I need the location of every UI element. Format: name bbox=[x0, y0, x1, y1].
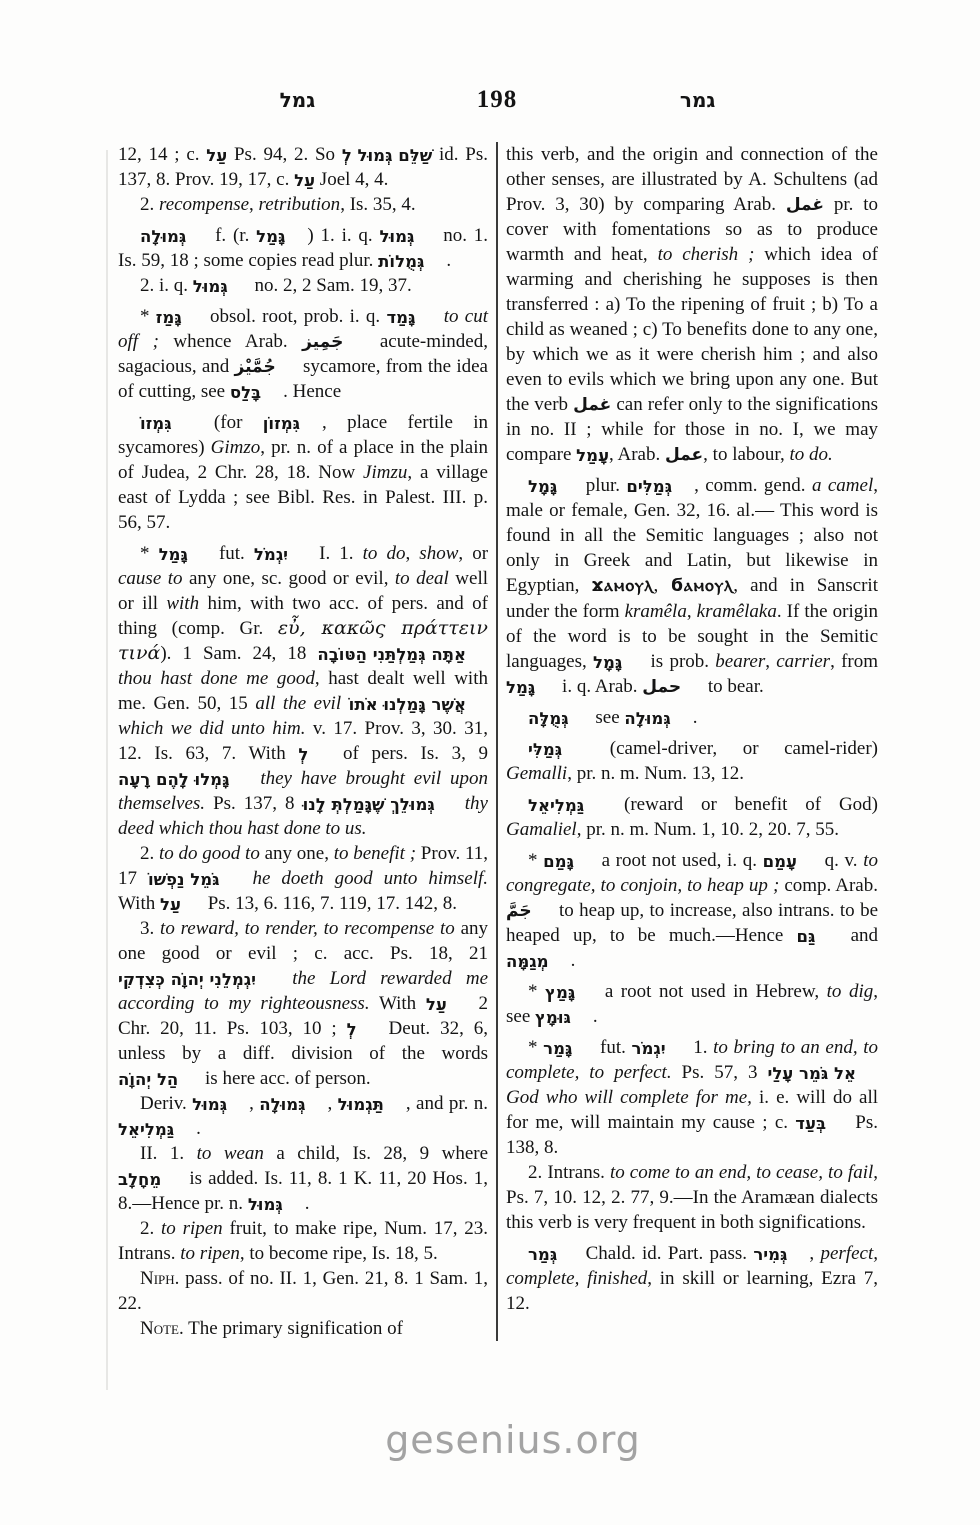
arabic-text: جُمَّيْز bbox=[235, 359, 298, 376]
hebrew-text: יִגְמֹר bbox=[632, 1041, 688, 1058]
hebrew-text: גִּמְזוֹן bbox=[263, 416, 322, 433]
text-segment bbox=[252, 768, 261, 789]
text-segment: * bbox=[140, 543, 159, 564]
italic-text: to benefit ; bbox=[334, 843, 416, 864]
text-segment: . bbox=[305, 1193, 310, 1214]
paragraph: 2. to do good to any one, to benefit ; P… bbox=[118, 841, 488, 916]
paragraph: גְּמַלִּי (camel-driver, or camel-rider)… bbox=[506, 736, 878, 786]
watermark: gesenius.org bbox=[118, 1418, 908, 1462]
hebrew-text: מֵחָלָב bbox=[118, 1172, 183, 1189]
italic-text: retribution bbox=[259, 194, 341, 215]
text-segment: (for bbox=[194, 412, 263, 433]
hebrew-text: גְּמִיר bbox=[753, 1247, 809, 1264]
italic-text: to dig bbox=[827, 981, 874, 1002]
text-segment: . bbox=[571, 950, 576, 971]
text-segment: Deriv. bbox=[140, 1093, 192, 1114]
paragraph: גִּמְזוֹ (for גִּמְזוֹן, place fertile i… bbox=[118, 410, 488, 535]
italic-text: kramêlaka bbox=[697, 601, 777, 622]
text-segment: Ps. 13, 6. 116, 7. 119, 17. 142, 8. bbox=[203, 893, 457, 914]
text-segment bbox=[278, 968, 292, 989]
paragraph: * גָּמַם a root not used, i. q. עָמַם q.… bbox=[506, 848, 878, 973]
italic-text: carrier bbox=[776, 651, 830, 672]
italic-text: kramêla bbox=[625, 601, 687, 622]
hebrew-text: אֲשֶׁר גָּמַלְנוּ אֹתוֹ bbox=[349, 697, 488, 714]
hebrew-text: תַּגְמוּל bbox=[338, 1097, 406, 1114]
italic-text: to wean bbox=[197, 1143, 264, 1164]
paragraph: this verb, and the origin and connection… bbox=[506, 142, 878, 467]
left-column: 12, 14 ; c. עַל Ps. 94, 2. So שַׁלֵּם גְ… bbox=[118, 142, 496, 1341]
text-segment: see bbox=[591, 707, 625, 728]
hebrew-text: לְ bbox=[347, 1022, 379, 1039]
text-segment: whence Arab. bbox=[159, 331, 302, 352]
hebrew-text: גָּמָל bbox=[593, 655, 644, 672]
arabic-text: غمل bbox=[573, 397, 611, 414]
text-segment: (reward or benefit of God) bbox=[606, 794, 878, 815]
hebrew-text: גְּמוּל bbox=[192, 1097, 249, 1114]
hebrew-text: אֵל גֹּמֵר עָלַי bbox=[767, 1066, 878, 1083]
hebrew-text: גַּם bbox=[797, 929, 838, 946]
hebrew-text: גְּמוּל bbox=[379, 229, 436, 246]
text-segment: * bbox=[140, 306, 156, 327]
text-segment: * bbox=[528, 1037, 543, 1058]
hebrew-text: גָּמָל bbox=[528, 479, 579, 496]
hebrew-text: גְּמוּלֵךְ שֶׁגָּמַלְתְּ לָנוּ bbox=[303, 797, 457, 814]
text-segment: i. q. Arab. bbox=[557, 676, 642, 697]
text-segment: . bbox=[693, 707, 698, 728]
text-segment: , Arab. bbox=[609, 444, 665, 465]
italic-text: to ripen bbox=[161, 1218, 223, 1239]
text-segment: fut. bbox=[210, 543, 254, 564]
text-segment: any one, sc. good or evil, bbox=[183, 568, 395, 589]
hebrew-text: גָּמַד bbox=[386, 310, 437, 327]
hebrew-text: הַל יְהוָֹה bbox=[118, 1072, 200, 1089]
text-segment: 3. bbox=[140, 918, 160, 939]
paragraph: גְּמַר Chald. id. Part. pass. גְּמִיר, p… bbox=[506, 1241, 878, 1316]
arabic-text: جَمِيز bbox=[302, 334, 365, 351]
italic-text: to cherish ; bbox=[658, 244, 755, 265]
text-segment: 2. bbox=[140, 1218, 161, 1239]
text-segment: , bbox=[249, 194, 259, 215]
hebrew-text: שַׁלֵּם גְּמוּל לְ bbox=[342, 148, 432, 165]
hebrew-text: בְּעַד bbox=[795, 1116, 848, 1133]
hebrew-text: עַל bbox=[294, 173, 315, 190]
text-segment: . bbox=[196, 1118, 201, 1139]
paragraph: Niph. pass. of no. II. 1, Gen. 21, 8. 1 … bbox=[118, 1266, 488, 1316]
text-segment: , to labour, bbox=[703, 444, 789, 465]
italic-text: a camel bbox=[812, 475, 873, 496]
text-segment: 1. bbox=[688, 1037, 714, 1058]
arabic-text: جَمَّ bbox=[506, 903, 554, 920]
italic-text: to reward, to render, to recompense to bbox=[160, 918, 455, 939]
page-gutter-shadow bbox=[106, 150, 108, 1390]
text-segment: , from bbox=[830, 651, 878, 672]
text-segment: no. 2, 2 Sam. 19, 37. bbox=[250, 275, 412, 296]
italic-text: to deal bbox=[395, 568, 449, 589]
arabic-text: حمل bbox=[642, 679, 703, 696]
text-segment: , or bbox=[458, 543, 488, 564]
text-segment: With bbox=[118, 893, 160, 914]
text-segment: . Hence bbox=[283, 381, 341, 402]
paragraph: 3. to reward, to render, to recompense t… bbox=[118, 916, 488, 1091]
italic-text: all the evil bbox=[255, 693, 341, 714]
text-segment: , and pr. n. bbox=[406, 1093, 488, 1114]
hebrew-text: גָּמְלוּ לָהֶם רָעָה bbox=[118, 772, 252, 789]
hebrew-text: גְּמוּלָה bbox=[140, 229, 208, 246]
italic-text: Gimzo bbox=[211, 437, 261, 458]
text-segment: Ps. 94, 2. So bbox=[227, 144, 342, 165]
text-segment: a child, Is. 28, 9 where bbox=[264, 1143, 488, 1164]
text-segment: , bbox=[809, 1243, 820, 1264]
hebrew-text: גָּמַץ bbox=[545, 985, 597, 1002]
running-head-right: גמר bbox=[517, 88, 878, 112]
text-segment: and bbox=[837, 925, 878, 946]
coptic-text: ϫⲁⲙⲟⲩⲗ bbox=[592, 576, 654, 596]
hebrew-text: עָמַל bbox=[576, 448, 609, 465]
text-segment: , bbox=[654, 575, 671, 596]
hebrew-text: לְ bbox=[298, 747, 330, 764]
hebrew-text: גָּמַל bbox=[256, 229, 307, 246]
text-segment: a root not used in Hebrew, bbox=[597, 981, 826, 1002]
text-segment: , bbox=[405, 543, 419, 564]
right-column: this verb, and the origin and connection… bbox=[496, 142, 878, 1341]
text-segment: , comm. gend. bbox=[694, 475, 812, 496]
text-segment: which idea of warming and cherishing he … bbox=[506, 244, 878, 415]
text-segment: to bear. bbox=[703, 676, 764, 697]
italic-text: to do bbox=[363, 543, 406, 564]
text-segment: fut. bbox=[594, 1037, 631, 1058]
running-head-left: גמל bbox=[118, 88, 477, 112]
hebrew-text: גָּמַם bbox=[543, 854, 596, 871]
hebrew-text: עָמַם bbox=[763, 854, 819, 871]
smallcaps-text: Niph. bbox=[140, 1268, 179, 1289]
text-segment: Ps. 137, 8 bbox=[205, 793, 303, 814]
text-segment: With bbox=[370, 993, 426, 1014]
hebrew-text: גְּמַר bbox=[528, 1247, 579, 1264]
hebrew-text: עַל bbox=[426, 997, 469, 1014]
hebrew-text: גְּמוּלָה bbox=[624, 711, 692, 728]
italic-text: Gamaliel bbox=[506, 819, 577, 840]
italic-text: with bbox=[166, 593, 199, 614]
text-columns: 12, 14 ; c. עַל Ps. 94, 2. So שַׁלֵּם גְ… bbox=[118, 142, 878, 1341]
italic-text: Gemalli bbox=[506, 763, 567, 784]
text-segment: Joel 4, 4. bbox=[315, 169, 388, 190]
italic-text: recompense bbox=[159, 194, 249, 215]
italic-text: Jimzu bbox=[363, 462, 407, 483]
paragraph: 2. i. q. גְּמוּל no. 2, 2 Sam. 19, 37. bbox=[118, 273, 488, 298]
italic-text: God who will complete for me, bbox=[506, 1087, 752, 1108]
text-segment: II. 1. bbox=[140, 1143, 197, 1164]
text-segment: ) 1. i. q. bbox=[307, 225, 379, 246]
text-segment: f. (r. bbox=[208, 225, 256, 246]
text-segment: 2. i. q. bbox=[140, 275, 193, 296]
text-segment: any one, bbox=[260, 843, 334, 864]
paragraph: * גָּמַר fut. יִגְמֹר 1. to bring to an … bbox=[506, 1035, 878, 1160]
paragraph: גְּמֻלָּה see גְּמוּלָה. bbox=[506, 705, 878, 730]
hebrew-text: אַתָּה גְּמַלְתַּנִי הַטּוֹבָה bbox=[317, 647, 488, 664]
text-segment: 2. bbox=[140, 843, 159, 864]
hebrew-text: גֹּמֵל נַפְשׁוֹ bbox=[148, 872, 242, 889]
italic-text: bearer bbox=[715, 651, 765, 672]
scanned-lexicon-page: גמל 198 גמר 12, 14 ; c. עַל Ps. 94, 2. S… bbox=[0, 0, 980, 1525]
page-header: גמל 198 גמר bbox=[118, 86, 878, 114]
hebrew-text: עַל bbox=[206, 148, 227, 165]
text-segment: Chald. id. Part. pass. bbox=[579, 1243, 753, 1264]
paragraph: * גָּמַץ a root not used in Hebrew, to d… bbox=[506, 979, 878, 1029]
text-segment: 2. Intrans. bbox=[528, 1162, 610, 1183]
text-segment: . bbox=[593, 1006, 598, 1027]
hebrew-text: גָּמַז bbox=[156, 310, 204, 327]
paragraph: Note. The primary signification of bbox=[118, 1316, 488, 1341]
text-segment bbox=[242, 868, 253, 889]
hebrew-text: גְּמוּל bbox=[248, 1197, 305, 1214]
hebrew-text: גַּמְלִיאֵל bbox=[118, 1122, 196, 1139]
text-segment: 2. bbox=[140, 194, 159, 215]
text-segment: (camel-driver, or camel-rider) bbox=[584, 738, 878, 759]
arabic-text: غمل bbox=[786, 197, 824, 214]
page-number: 198 bbox=[477, 86, 518, 114]
paragraph: גְּמוּלָה f. (r. גָּמַל) 1. i. q. גְּמוּ… bbox=[118, 223, 488, 273]
text-segment: 12, 14 ; c. bbox=[118, 144, 206, 165]
text-segment: * bbox=[528, 850, 543, 871]
text-segment: I. 1. bbox=[310, 543, 363, 564]
italic-text: to do. bbox=[789, 444, 832, 465]
paragraph: 2. Intrans. to come to an end, to cease,… bbox=[506, 1160, 878, 1235]
paragraph: גַּמְלִיאֵל (reward or benefit of God) G… bbox=[506, 792, 878, 842]
hebrew-text: גָּמַל bbox=[506, 680, 557, 697]
text-segment: * bbox=[528, 981, 545, 1002]
hebrew-text: גְּמוּל bbox=[193, 279, 250, 296]
text-segment: a root not used, i. q. bbox=[596, 850, 763, 871]
text-segment: The primary signification of bbox=[184, 1318, 403, 1339]
hebrew-text: גְּמוּלָה bbox=[259, 1097, 327, 1114]
hebrew-text: יִגְמְלֵנִי יְהוָֹה כְּצִדְקִי bbox=[118, 972, 278, 989]
italic-text: to do good to bbox=[159, 843, 260, 864]
paragraph: * גָּמַל fut. יִגְמֹל I. 1. to do, show,… bbox=[118, 541, 488, 841]
text-segment: obsol. root, prob. i. q. bbox=[204, 306, 387, 327]
italic-text: thou hast done me good bbox=[118, 668, 315, 689]
paragraph: 12, 14 ; c. עַל Ps. 94, 2. So שַׁלֵּם גְ… bbox=[118, 142, 488, 192]
italic-text: which we did unto him. bbox=[118, 718, 306, 739]
italic-text: to ripen bbox=[180, 1243, 240, 1264]
text-segment: Ps. 57, 3 bbox=[672, 1062, 768, 1083]
text-segment: , bbox=[328, 1093, 338, 1114]
smallcaps-text: Note. bbox=[140, 1318, 184, 1339]
text-segment: , bbox=[687, 601, 697, 622]
paragraph: II. 1. to wean a child, Is. 28, 9 where … bbox=[118, 1141, 488, 1216]
hebrew-text: גָּמַל bbox=[159, 547, 210, 564]
hebrew-text: מְגַמָּה bbox=[506, 954, 571, 971]
text-segment: , to become ripe, Is. 18, 5. bbox=[240, 1243, 438, 1264]
italic-text: to come to an end, to cease, to fail bbox=[610, 1162, 873, 1183]
hebrew-text: בָּלַס bbox=[230, 385, 283, 402]
paragraph: 2. recompense, retribution, Is. 35, 4. bbox=[118, 192, 488, 217]
hebrew-text: גְּמֻלָּה bbox=[528, 711, 591, 728]
hebrew-text: גַּמְלִיאֵל bbox=[528, 798, 606, 815]
text-segment: of pers. Is. 3, 9 bbox=[330, 743, 488, 764]
text-segment: , bbox=[765, 651, 776, 672]
arabic-text: عمل bbox=[665, 447, 703, 464]
text-segment: , pr. n. m. Num. 13, 12. bbox=[567, 763, 744, 784]
paragraph: גָּמָל plur. גְּמַלִּים, comm. gend. a c… bbox=[506, 473, 878, 699]
italic-text: he doeth good unto himself. bbox=[253, 868, 489, 889]
paragraph: 2. to ripen fruit, to make ripe, Num. 17… bbox=[118, 1216, 488, 1266]
text-segment bbox=[341, 693, 349, 714]
coptic-text: ϭⲁⲙⲟⲩⲗ bbox=[670, 576, 733, 596]
italic-text: show bbox=[419, 543, 458, 564]
text-segment: , bbox=[249, 1093, 259, 1114]
hebrew-text: גְּמֻלוֹת bbox=[378, 254, 446, 271]
text-segment: is here acc. of person. bbox=[200, 1068, 370, 1089]
text-segment bbox=[457, 793, 465, 814]
text-segment: ). 1 Sam. 24, 18 bbox=[160, 643, 317, 664]
hebrew-text: גְּמַלִּי bbox=[528, 742, 584, 759]
paragraph: * גָּמַז obsol. root, prob. i. q. גָּמַד… bbox=[118, 304, 488, 404]
text-segment: . bbox=[446, 250, 451, 271]
italic-text: cause to bbox=[118, 568, 183, 589]
hebrew-text: גְּמַלִּים bbox=[626, 479, 694, 496]
hebrew-text: גּוּמָץ bbox=[535, 1010, 593, 1027]
text-segment: is prob. bbox=[644, 651, 715, 672]
text-segment: , pr. n. m. Num. 1, 10. 2, 20. 7, 55. bbox=[577, 819, 839, 840]
paragraph: Deriv. גְּמוּל, גְּמוּלָה, תַּגְמוּל, an… bbox=[118, 1091, 488, 1141]
text-segment: , Is. 35, 4. bbox=[340, 194, 415, 215]
hebrew-text: גִּמְזוֹ bbox=[140, 416, 194, 433]
text-segment: q. v. bbox=[819, 850, 863, 871]
hebrew-text: יִגְמֹל bbox=[254, 547, 310, 564]
text-segment: plur. bbox=[579, 475, 626, 496]
text-segment: comp. Arab. bbox=[779, 875, 878, 896]
hebrew-text: גָּמַר bbox=[543, 1041, 594, 1058]
hebrew-text: עַל bbox=[160, 897, 203, 914]
